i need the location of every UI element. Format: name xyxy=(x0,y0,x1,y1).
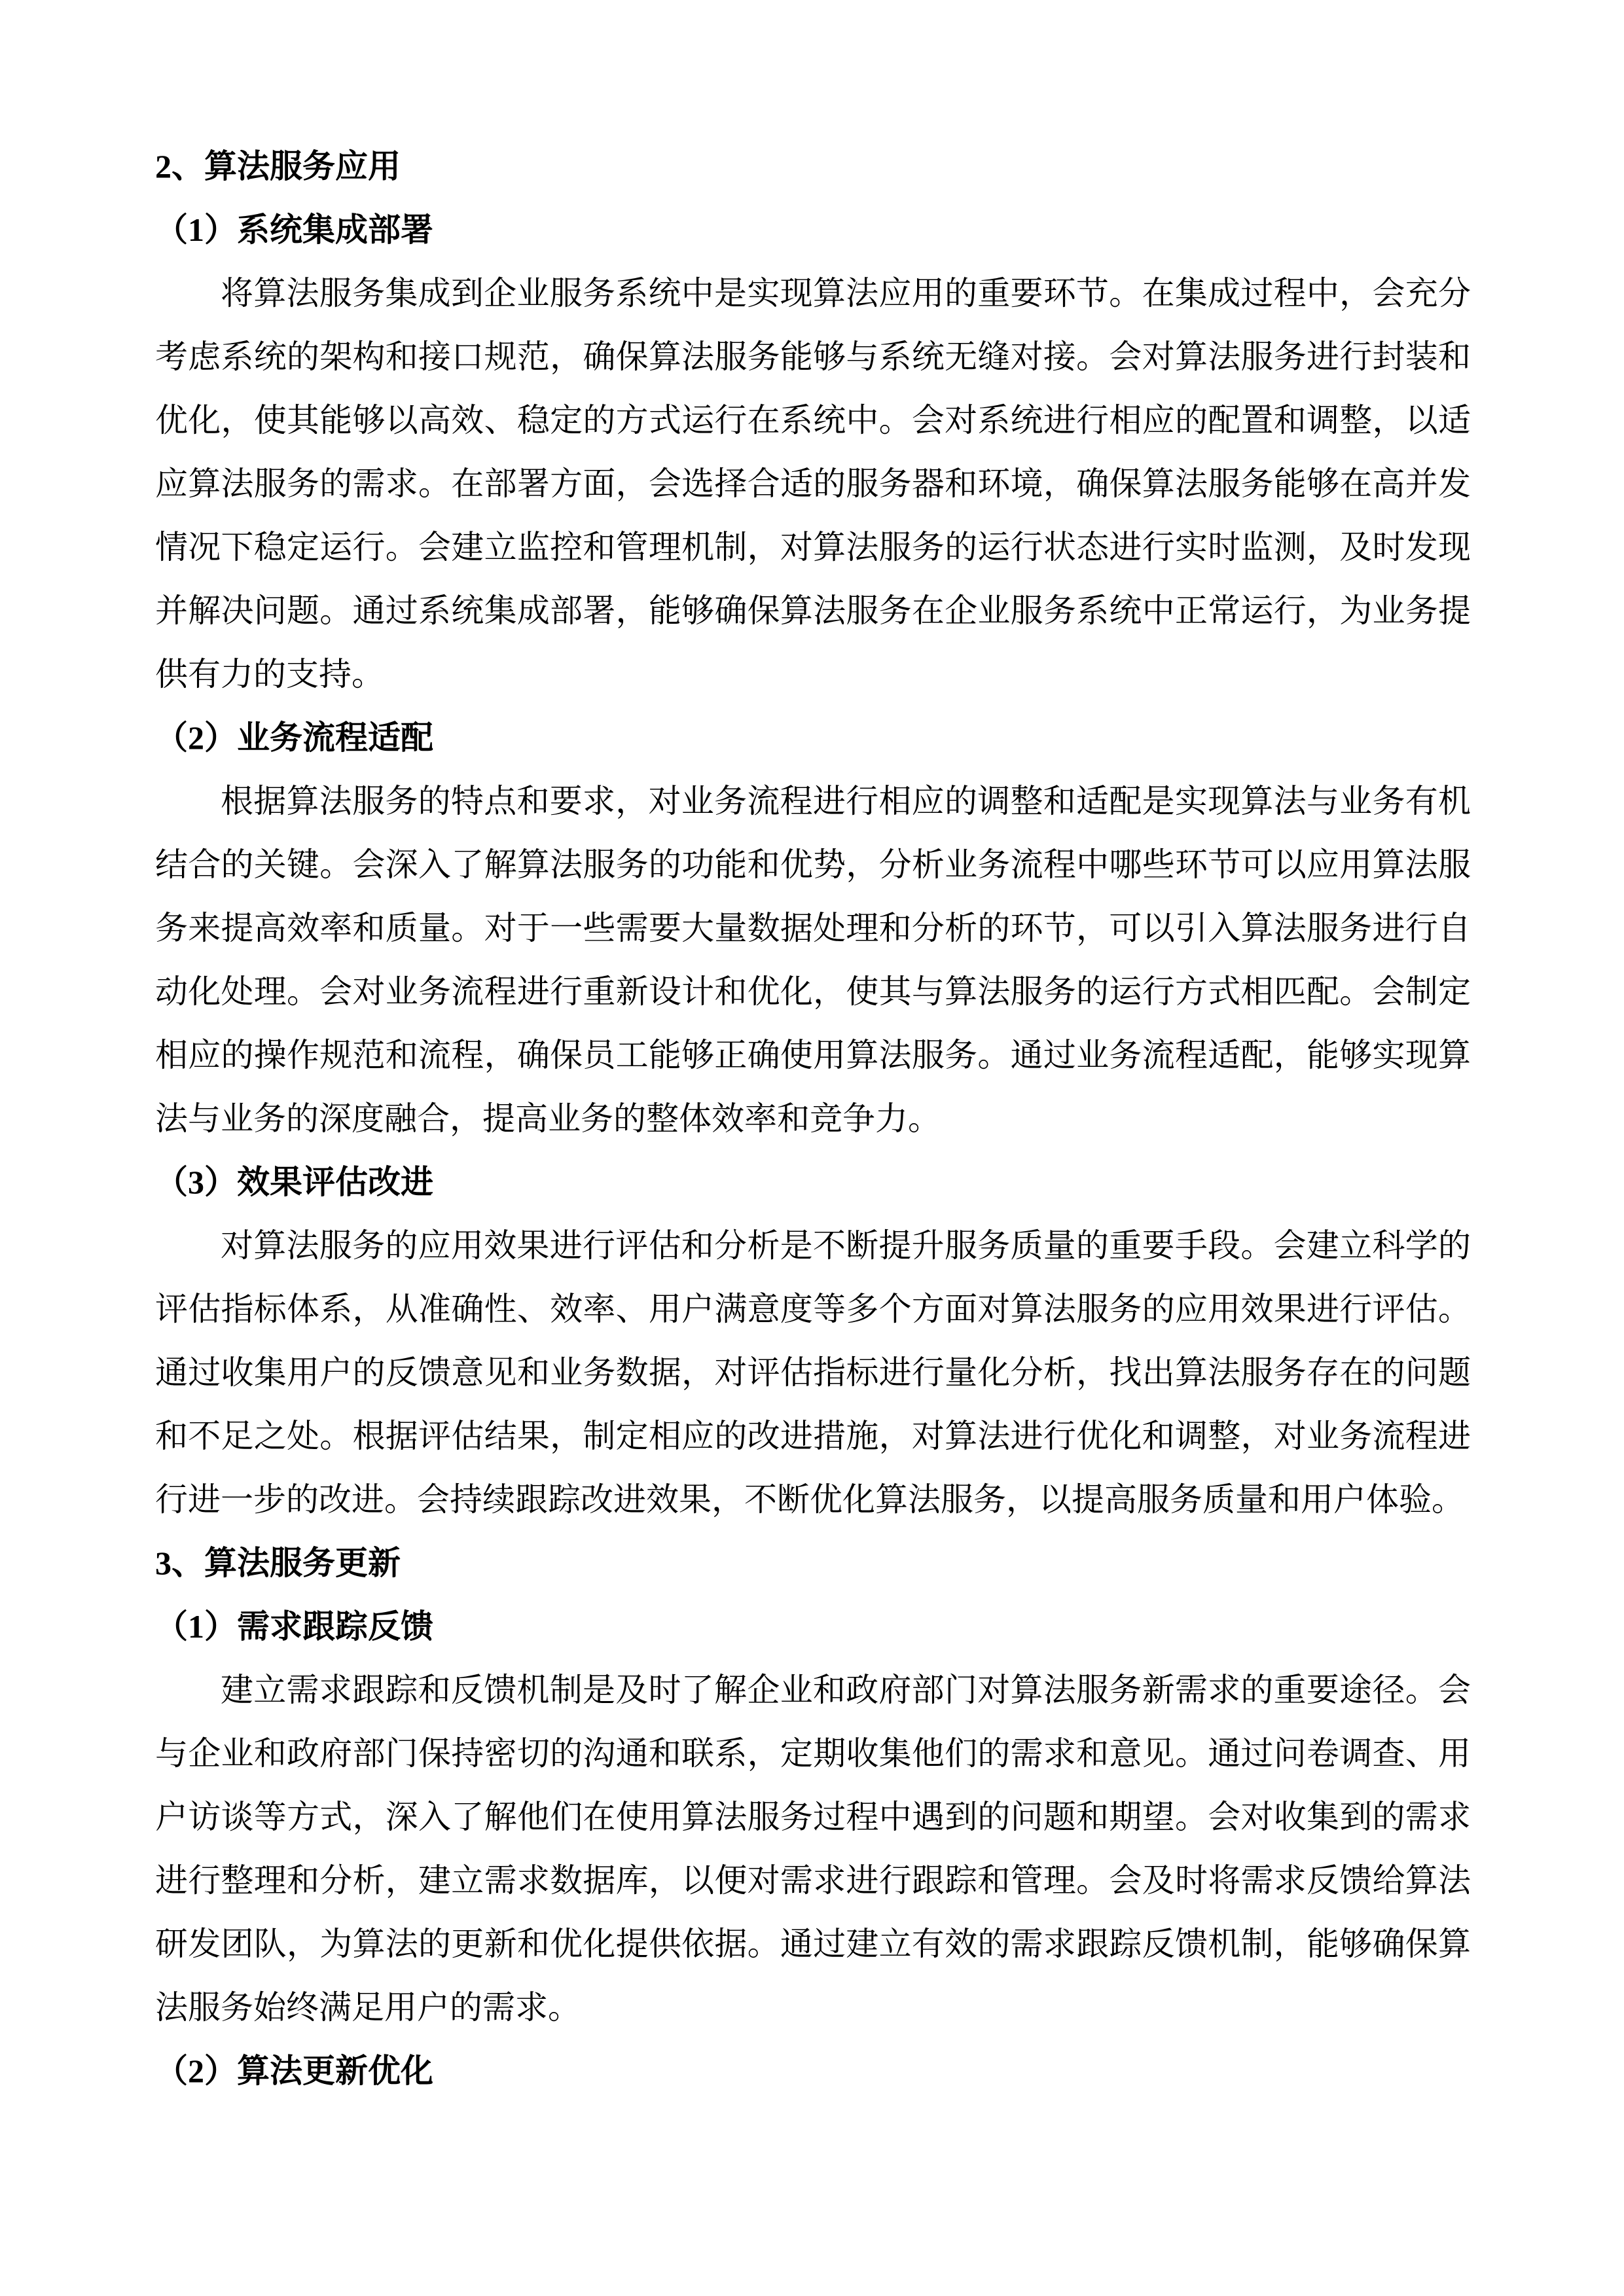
paragraph-business-process-adaptation: 根据算法服务的特点和要求，对业务流程进行相应的调整和适配是实现算法与业务有机结合… xyxy=(155,770,1471,1151)
subheading-effect-evaluation-improvement: （3）效果评估改进 xyxy=(155,1151,1471,1214)
paragraph-demand-tracking-feedback: 建立需求跟踪和反馈机制是及时了解企业和政府部门对算法服务新需求的重要途径。会与企… xyxy=(155,1659,1471,2039)
subheading-system-integration-deployment: （1）系统集成部署 xyxy=(155,198,1471,262)
subheading-business-process-adaptation: （2）业务流程适配 xyxy=(155,706,1471,770)
paragraph-effect-evaluation-improvement: 对算法服务的应用效果进行评估和分析是不断提升服务质量的重要手段。会建立科学的评估… xyxy=(155,1214,1471,1532)
section-heading-algorithm-service-update: 3、算法服务更新 xyxy=(155,1532,1471,1595)
subheading-algorithm-update-optimization: （2）算法更新优化 xyxy=(155,2039,1471,2103)
document-page: 2、算法服务应用 （1）系统集成部署 将算法服务集成到企业服务系统中是实现算法应… xyxy=(0,0,1624,2296)
section-heading-algorithm-service-application: 2、算法服务应用 xyxy=(155,135,1471,198)
paragraph-system-integration-deployment: 将算法服务集成到企业服务系统中是实现算法应用的重要环节。在集成过程中，会充分考虑… xyxy=(155,262,1471,706)
subheading-demand-tracking-feedback: （1）需求跟踪反馈 xyxy=(155,1595,1471,1659)
